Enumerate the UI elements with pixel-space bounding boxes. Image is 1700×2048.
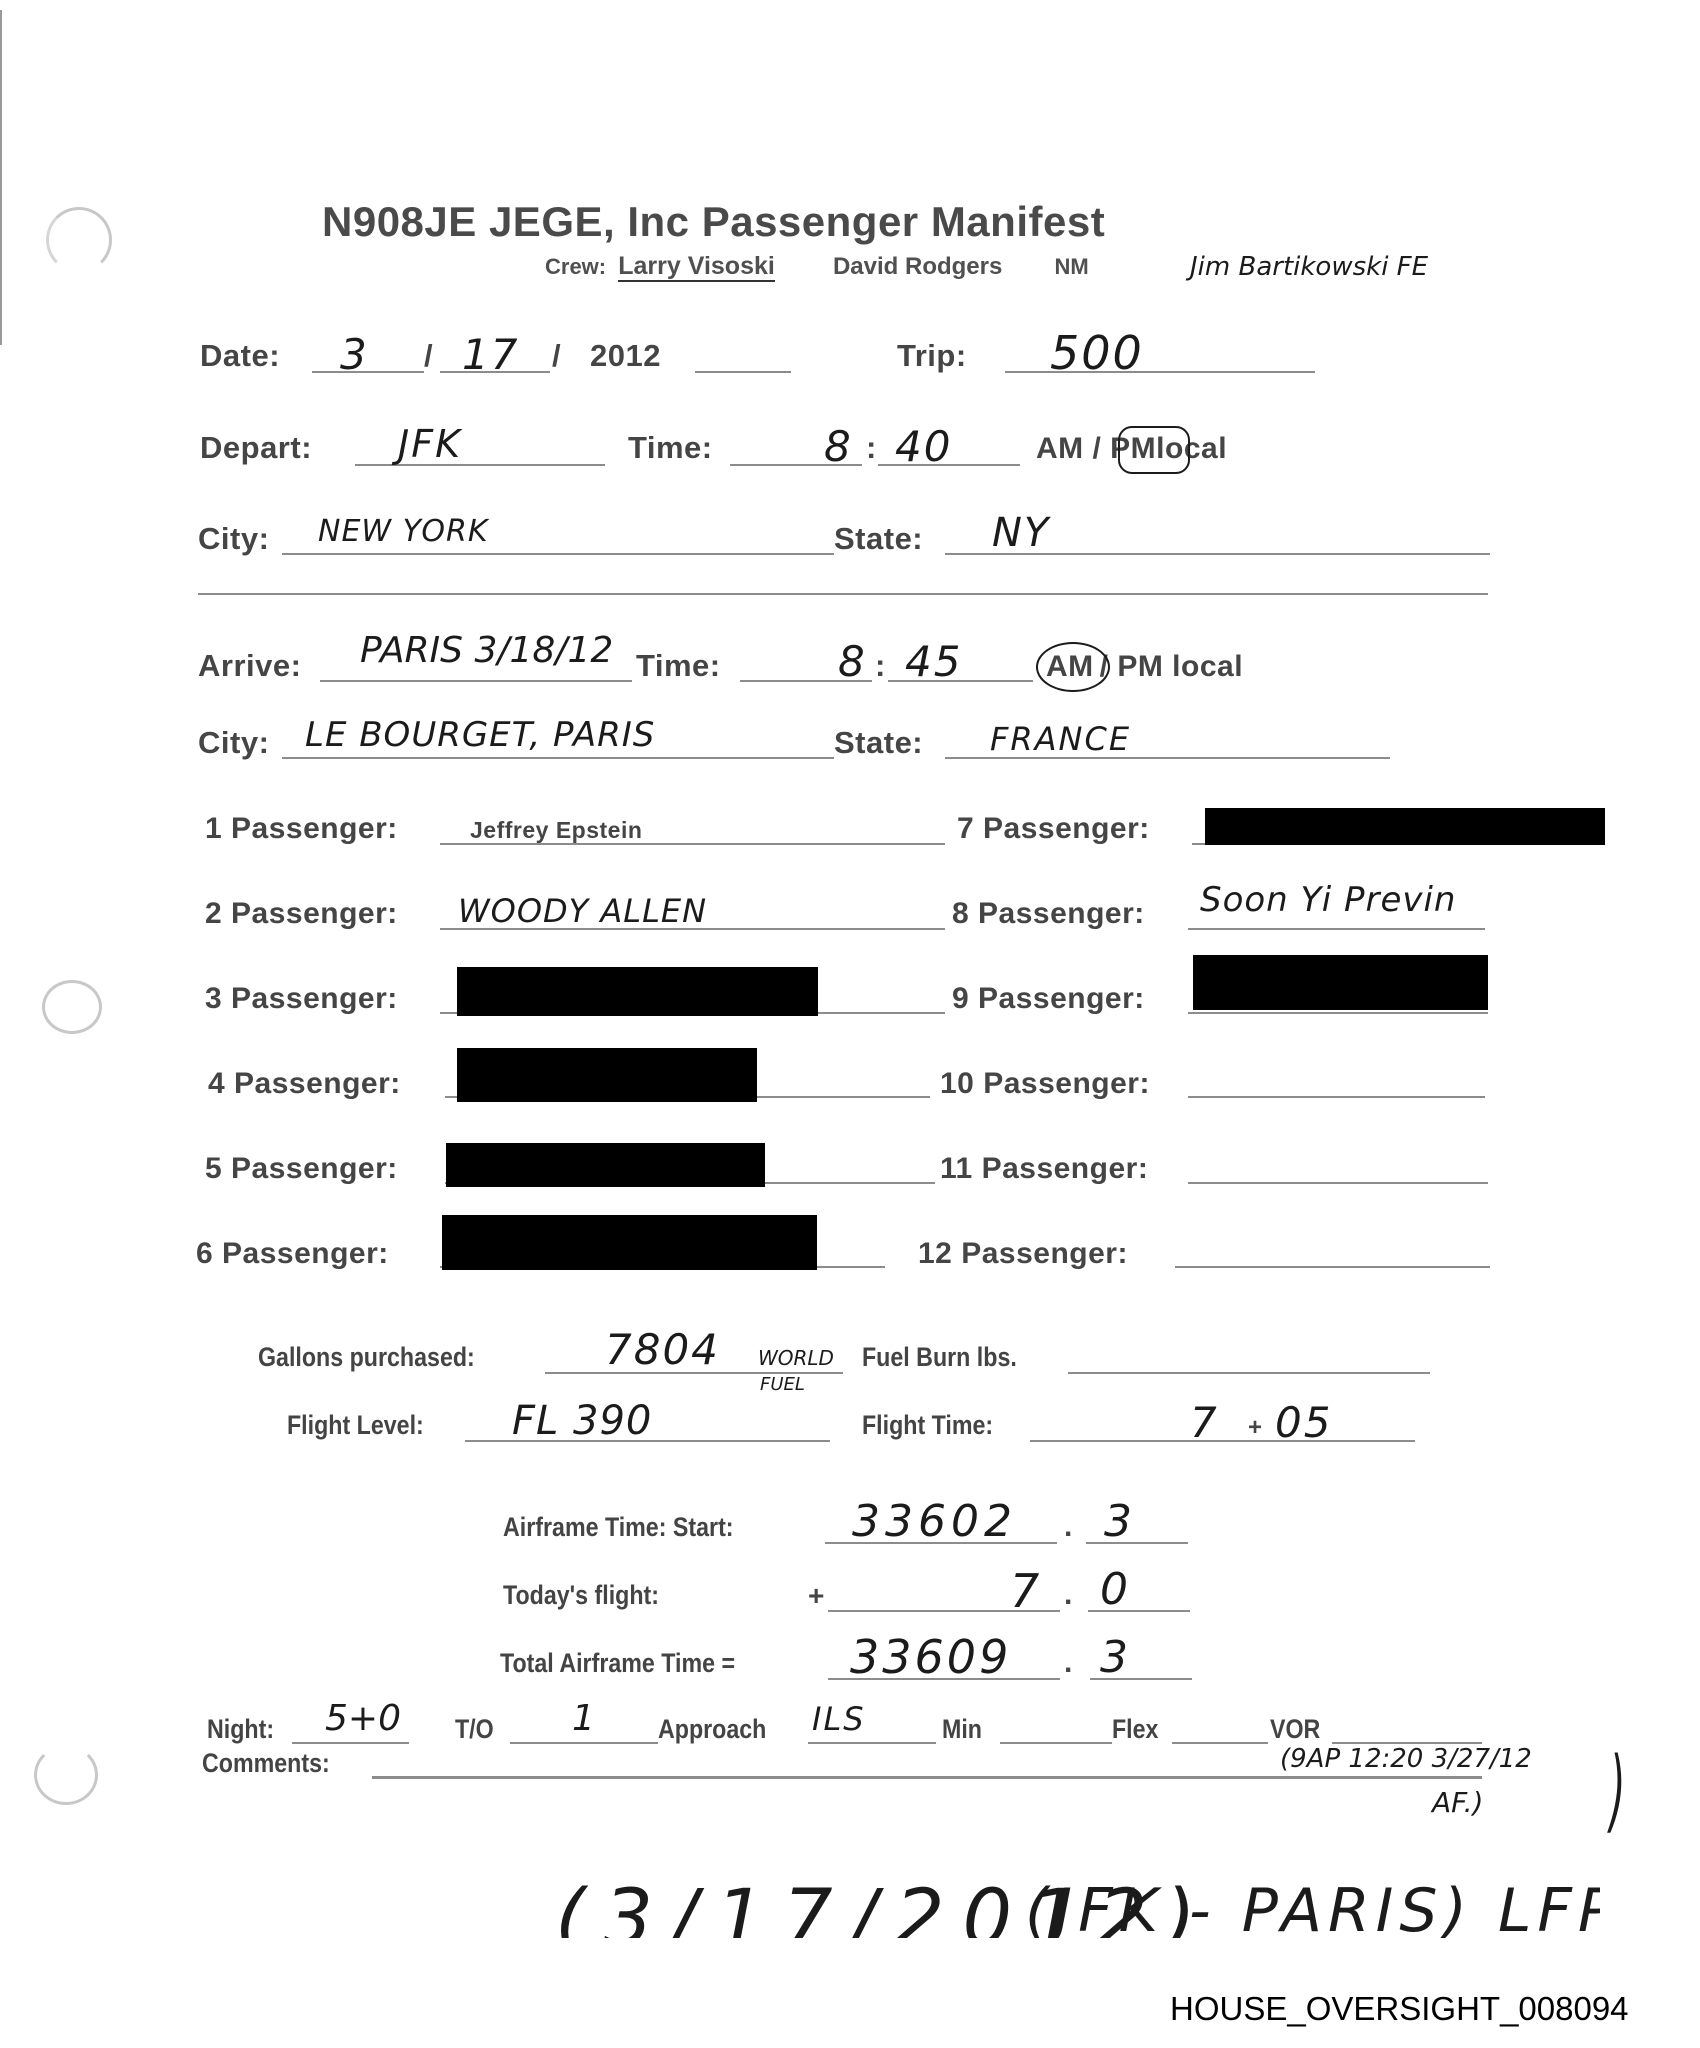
date-year-line [695,371,791,373]
passenger-9-line [1188,1012,1488,1014]
flight-time-separator: + [1248,1414,1263,1442]
passenger-5-redaction [446,1143,765,1187]
gallons-note-world: WORLD [758,1346,834,1370]
comments-note-close-paren: ) [1610,1738,1626,1843]
passenger-5-label: 5 Passenger: [205,1152,398,1186]
flight-time-label: Flight Time: [862,1410,993,1441]
passenger-11-line [1188,1182,1488,1184]
passenger-7-redaction [1205,808,1605,845]
passenger-10-line [1188,1096,1485,1098]
passenger-11-label: 11 Passenger: [940,1152,1148,1186]
to-label: T/O [455,1714,494,1745]
passenger-10-label: 10 Passenger: [940,1067,1150,1101]
flight-level-value: FL 390 [512,1398,652,1444]
manifest-title: N908JE JEGE, Inc Passenger Manifest [322,198,1105,246]
arrive-hour-value: 8 [838,637,867,686]
passenger-7-label: 7 Passenger: [957,812,1150,846]
todays-flight-dot: . [1064,1578,1073,1612]
date-label: Date: [200,338,280,374]
page-edge-line [0,10,2,345]
comments-line [372,1776,1482,1779]
passenger-8-value: Soon Yi Previn [1200,880,1456,920]
passenger-12-label: 12 Passenger: [918,1237,1128,1271]
approach-value: ILS [812,1700,866,1738]
passenger-1-label: 1 Passenger: [205,812,398,846]
airframe-start-dot: . [1064,1510,1073,1544]
depart-minute-value: 40 [895,422,952,471]
footer-handwritten-route: (JFK - PARIS) LFPB. [1025,1876,1600,1938]
passenger-2-value: WOODY ALLEN [458,892,707,930]
depart-city-line [282,553,834,555]
airframe-start-tenth: 3 [1104,1496,1134,1547]
gallons-note-fuel: FUEL [760,1374,805,1395]
depart-time-colon: : [866,430,877,466]
crew-flight-engineer: Jim Bartikowski FE [1190,252,1428,282]
nm-label: NM [1054,254,1088,279]
binder-hole-middle [42,980,102,1034]
arrive-am-selected-circle [1036,642,1110,692]
crew-captain: Larry Visoski [618,252,775,282]
binder-hole-bottom [34,1745,98,1805]
crew-line: Crew: Larry Visoski David Rodgers NM [545,252,1089,281]
depart-am-option: AM / [1036,432,1101,465]
total-airframe-dot: . [1064,1646,1073,1680]
min-label: Min [942,1714,982,1745]
arrive-state-label: State: [834,725,923,761]
title-text: N908JE JEGE, Inc Passenger Manifest [322,198,1105,245]
todays-flight-plus: + [808,1580,825,1612]
total-airframe-label: Total Airframe Time = [500,1648,735,1679]
depart-state-label: State: [834,521,923,557]
binder-hole-top [46,207,112,273]
arrive-city-line [282,757,834,759]
arrive-destination-value: PARIS 3/18/12 [360,630,613,671]
to-value: 1 [572,1698,597,1739]
comments-label: Comments: [202,1748,330,1779]
airframe-start-label: Airframe Time: Start: [503,1512,734,1543]
flight-time-hours: 7 [1190,1398,1219,1447]
todays-flight-tenth: 0 [1100,1564,1130,1615]
approach-line [808,1742,936,1744]
airframe-start-tenth-line [1086,1542,1188,1544]
date-month-value: 3 [340,330,369,379]
crew-label: Crew: [545,254,606,279]
footer-handwriting-clip: (3/17/2012) (JFK - PARIS) LFPB. [540,1870,1600,1938]
depart-city-value: NEW YORK [318,514,489,549]
passenger-3-label: 3 Passenger: [205,982,398,1016]
arrive-city-label: City: [198,725,269,761]
passenger-9-redaction [1193,955,1488,1010]
todays-flight-whole: 7 [1010,1564,1041,1618]
min-line [1000,1742,1112,1744]
passenger-12-line [1175,1266,1490,1268]
flex-label: Flex [1112,1714,1158,1745]
todays-flight-label: Today's flight: [503,1580,659,1611]
night-line [292,1742,409,1744]
passenger-4-redaction [457,1048,757,1102]
passenger-6-redaction [442,1215,817,1270]
crew-first-officer: David Rodgers [833,253,1002,280]
depart-city-label: City: [198,521,269,557]
fuel-burn-line [1068,1372,1430,1374]
date-slash-1: / [424,338,433,374]
comments-note-line-2: AF.) [1432,1786,1483,1819]
flight-time-minutes: 05 [1275,1398,1332,1447]
night-value: 5+0 [325,1698,401,1739]
arrive-time-colon: : [875,648,886,684]
approach-label: Approach [658,1714,766,1745]
night-label: Night: [207,1714,274,1745]
arrive-state-value: FRANCE [990,720,1131,758]
total-airframe-whole: 33609 [850,1630,1011,1684]
date-day-value: 17 [462,330,519,379]
section-divider-line [198,593,1488,595]
arrive-city-value: LE BOURGET, PARIS [305,715,655,755]
gallons-label: Gallons purchased: [258,1342,475,1373]
arrive-time-label: Time: [636,648,721,684]
passenger-9-label: 9 Passenger: [952,982,1145,1016]
comments-note-line-1: (9AP 12:20 3/27/12 [1280,1744,1532,1774]
depart-line [355,464,605,466]
depart-hour-value: 8 [824,422,853,471]
flight-time-line [1030,1440,1415,1442]
airframe-start-whole: 33602 [852,1496,1017,1547]
fuel-burn-label: Fuel Burn lbs. [862,1342,1017,1373]
arrive-line [320,680,632,682]
date-year-value: 2012 [590,338,661,374]
passenger-6-label: 6 Passenger: [196,1237,389,1271]
depart-airport-value: JFK [398,422,462,466]
flight-level-label: Flight Level: [287,1410,424,1441]
trip-label: Trip: [897,338,967,374]
gallons-value: 7804 [605,1325,720,1374]
arrive-minute-value: 45 [905,637,962,686]
total-airframe-tenth: 3 [1100,1632,1130,1683]
passenger-3-redaction [457,967,818,1016]
date-slash-2: / [552,338,561,374]
trip-number-value: 500 [1050,326,1144,380]
to-line [510,1742,658,1744]
passenger-4-label: 4 Passenger: [208,1067,401,1101]
arrive-pm-option: / PM local [1100,650,1243,683]
flex-line [1172,1742,1268,1744]
arrive-label: Arrive: [198,648,301,684]
passenger-2-label: 2 Passenger: [205,897,398,931]
bates-number: HOUSE_OVERSIGHT_008094 [1170,1990,1629,2028]
vor-label: VOR [1270,1714,1320,1745]
depart-pm-selected-circle [1118,426,1190,474]
passenger-1-value: Jeffrey Epstein [470,817,642,844]
depart-state-value: NY [992,510,1050,556]
passenger-8-line [1188,928,1485,930]
depart-time-label: Time: [628,430,713,466]
passenger-8-label: 8 Passenger: [952,897,1145,931]
depart-label: Depart: [200,430,312,466]
